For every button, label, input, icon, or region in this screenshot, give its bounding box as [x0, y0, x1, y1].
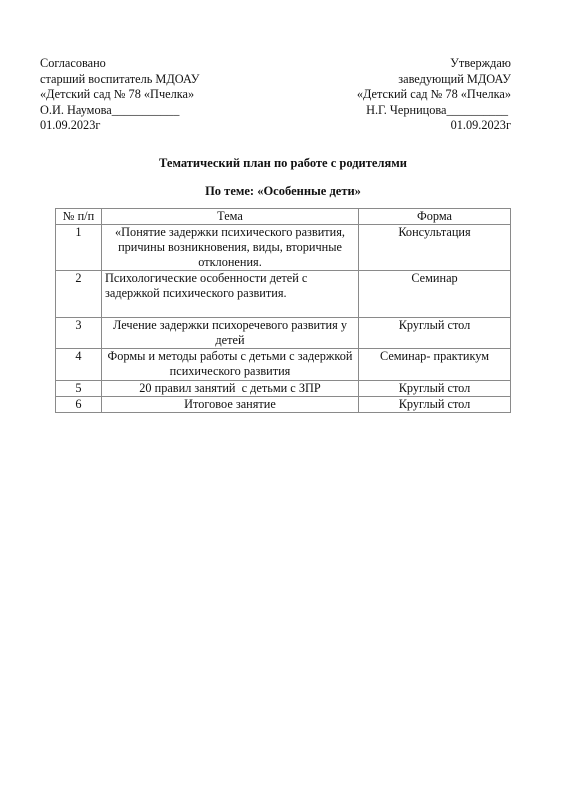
approved-date: 01.09.2023г	[357, 118, 511, 134]
table-header-row: № п/п Тема Форма	[56, 209, 511, 225]
table-row: 6 Итоговое занятие Круглый стол	[56, 397, 511, 413]
row-number: 1	[56, 225, 102, 271]
document-subtitle: По теме: «Особенные дети»	[0, 184, 566, 199]
approved-position: заведующий МДОАУ	[357, 72, 511, 88]
table-row: 4 Формы и методы работы с детьми с задер…	[56, 349, 511, 381]
agreed-organization: «Детский сад № 78 «Пчелка»	[40, 87, 200, 103]
header-form: Форма	[359, 209, 511, 225]
row-topic: Итоговое занятие	[102, 397, 359, 413]
row-topic: Формы и методы работы с детьми с задержк…	[102, 349, 359, 381]
row-form: Круглый стол	[359, 318, 511, 349]
row-number: 3	[56, 318, 102, 349]
approved-organization: «Детский сад № 78 «Пчелка»	[357, 87, 511, 103]
row-topic: 20 правил занятий с детьми с ЗПР	[102, 381, 359, 397]
row-form: Семинар	[359, 271, 511, 318]
row-number: 4	[56, 349, 102, 381]
row-form: Круглый стол	[359, 381, 511, 397]
row-form: Семинар- практикум	[359, 349, 511, 381]
row-topic: Лечение задержки психоречевого развития …	[102, 318, 359, 349]
header-topic: Тема	[102, 209, 359, 225]
table-row: 5 20 правил занятий с детьми с ЗПР Кругл…	[56, 381, 511, 397]
table-row: 1 «Понятие задержки психического развити…	[56, 225, 511, 271]
row-number: 6	[56, 397, 102, 413]
agreed-date: 01.09.2023г	[40, 118, 200, 134]
row-topic: Психологические особенности детей с заде…	[102, 271, 359, 318]
row-topic: «Понятие задержки психического развития,…	[102, 225, 359, 271]
thematic-plan-table: № п/п Тема Форма 1 «Понятие задержки пси…	[55, 208, 511, 413]
row-number: 5	[56, 381, 102, 397]
table-row: 3 Лечение задержки психоречевого развити…	[56, 318, 511, 349]
table-row: 2 Психологические особенности детей с за…	[56, 271, 511, 318]
document-title: Тематический план по работе с родителями	[0, 156, 566, 171]
row-number: 2	[56, 271, 102, 318]
approved-signature: Н.Г. Черницова__________	[357, 103, 511, 119]
agreed-position: старший воспитатель МДОАУ	[40, 72, 200, 88]
row-form: Консультация	[359, 225, 511, 271]
header-number: № п/п	[56, 209, 102, 225]
approval-block-approved: Утверждаю заведующий МДОАУ «Детский сад …	[357, 56, 511, 134]
approved-label: Утверждаю	[357, 56, 511, 72]
agreed-label: Согласовано	[40, 56, 200, 72]
approval-block-agreed: Согласовано старший воспитатель МДОАУ «Д…	[40, 56, 200, 134]
agreed-signature: О.И. Наумова___________	[40, 103, 200, 119]
row-form: Круглый стол	[359, 397, 511, 413]
